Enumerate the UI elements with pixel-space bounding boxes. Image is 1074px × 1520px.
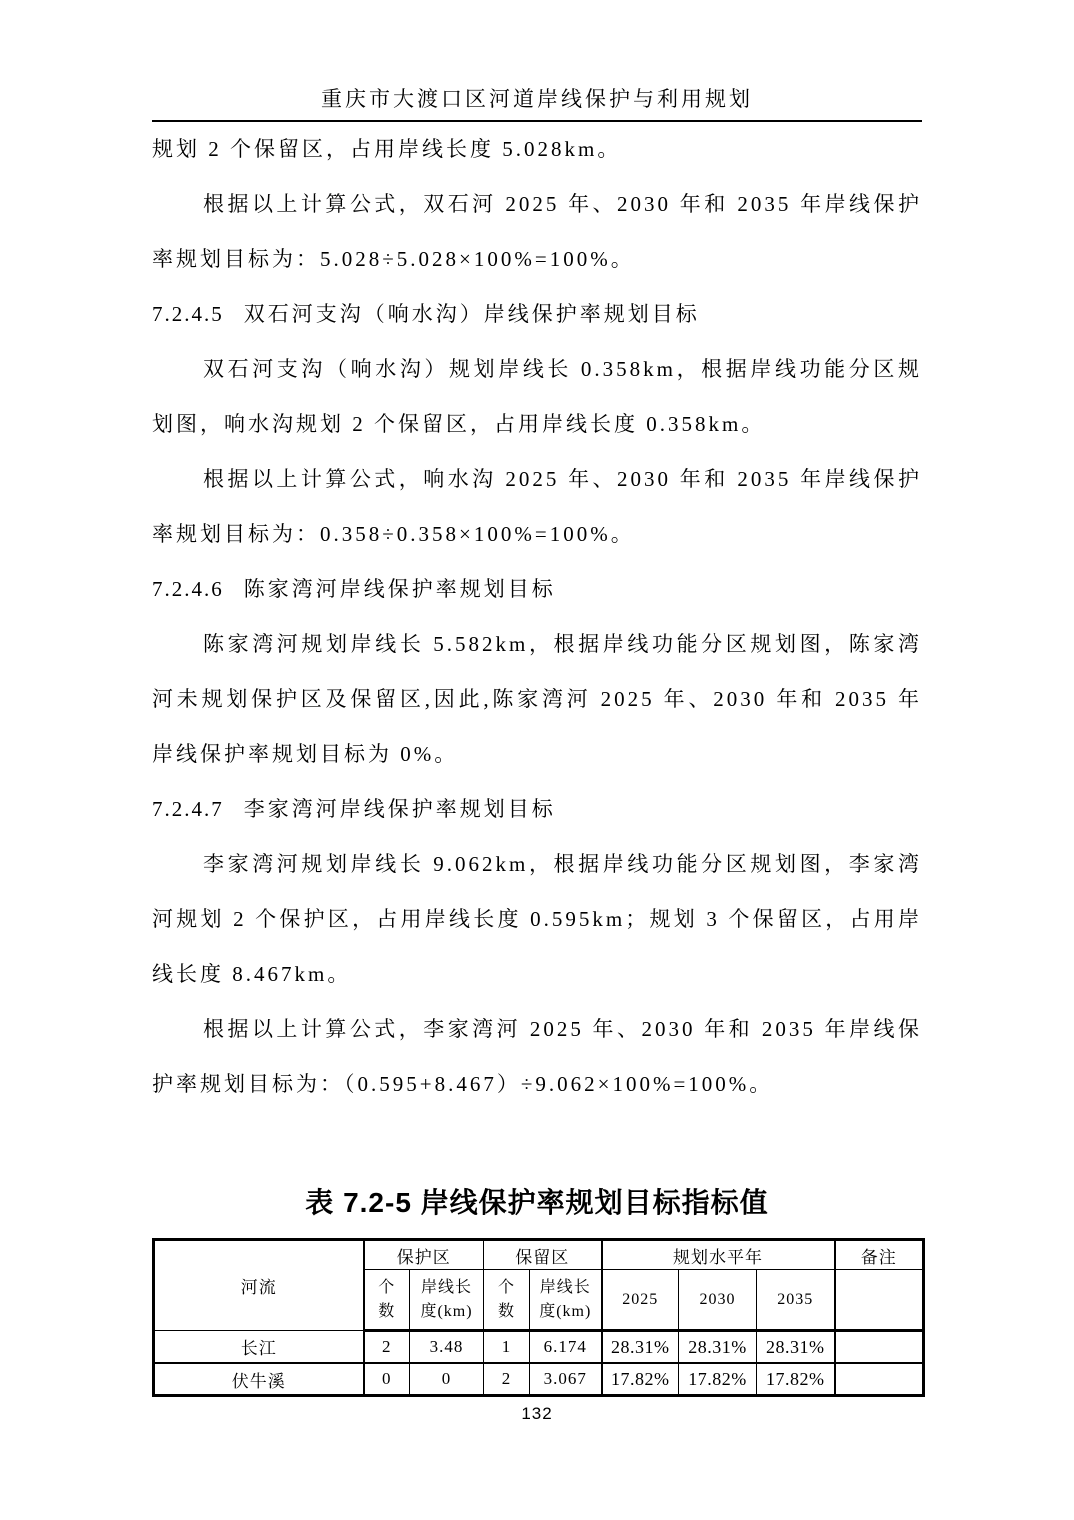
col-header-river: 河流	[154, 1240, 364, 1331]
river-name: 伏牛溪	[154, 1363, 364, 1396]
reserve-count: 1	[484, 1331, 530, 1364]
paragraph: 陈家湾河规划岸线长 5.582km，根据岸线功能分区规划图，陈家湾河未规划保护区…	[152, 617, 922, 782]
section-title: 陈家湾河岸线保护率规划目标	[244, 577, 556, 601]
count-label: 个 数	[498, 1276, 515, 1324]
col-header-reserve-count: 个 数	[484, 1270, 530, 1331]
length-label: 岸线长 度(km)	[420, 1276, 472, 1324]
rate-2030: 28.31%	[679, 1331, 757, 1364]
rate-2035: 17.82%	[757, 1363, 835, 1396]
section-title: 李家湾河岸线保护率规划目标	[244, 797, 556, 821]
remark-cell	[835, 1363, 924, 1396]
paragraph: 规划 2 个保留区，占用岸线长度 5.028km。	[152, 122, 922, 177]
col-header-protection-count: 个 数	[364, 1270, 410, 1331]
table-section: 表 7.2-5 岸线保护率规划目标指标值 河流 保护区 保留区 规划水平年 备注	[152, 1180, 922, 1424]
col-group-protection-zone: 保护区	[364, 1240, 484, 1270]
col-header-year-2035: 2035	[757, 1270, 835, 1331]
section-number: 7.2.4.5	[152, 302, 224, 326]
river-name: 长江	[154, 1331, 364, 1364]
length-label: 岸线长 度(km)	[539, 1276, 591, 1324]
section-number: 7.2.4.6	[152, 577, 224, 601]
page-number: 132	[152, 1404, 922, 1424]
rate-2025: 28.31%	[602, 1331, 679, 1364]
col-group-reserve-zone: 保留区	[484, 1240, 602, 1270]
section-number: 7.2.4.7	[152, 797, 224, 821]
reserve-length: 3.067	[530, 1363, 602, 1396]
document-title: 重庆市大渡口区河道岸线保护与利用规划	[152, 84, 922, 114]
remark-cell	[835, 1331, 924, 1364]
paragraph: 双石河支沟（响水沟）规划岸线长 0.358km，根据岸线功能分区规划图，响水沟规…	[152, 342, 922, 452]
table-title: 表 7.2-5 岸线保护率规划目标指标值	[152, 1180, 922, 1225]
reserve-count: 2	[484, 1363, 530, 1396]
col-group-planning-years: 规划水平年	[602, 1240, 835, 1270]
col-header-year-2025: 2025	[602, 1270, 679, 1331]
col-header-reserve-length: 岸线长 度(km)	[530, 1270, 602, 1331]
reserve-length: 6.174	[530, 1331, 602, 1364]
body-text: 规划 2 个保留区，占用岸线长度 5.028km。 根据以上计算公式，双石河 2…	[152, 122, 922, 1112]
paragraph: 根据以上计算公式，双石河 2025 年、2030 年和 2035 年岸线保护率规…	[152, 177, 922, 287]
col-header-protection-length: 岸线长 度(km)	[410, 1270, 484, 1331]
count-label: 个 数	[378, 1276, 395, 1324]
protection-count: 2	[364, 1331, 410, 1364]
page-header: 重庆市大渡口区河道岸线保护与利用规划	[152, 0, 922, 122]
section-heading-7245: 7.2.4.5双石河支沟（响水沟）岸线保护率规划目标	[152, 287, 922, 342]
paragraph: 李家湾河规划岸线长 9.062km，根据岸线功能分区规划图，李家湾河规划 2 个…	[152, 837, 922, 1002]
rate-2025: 17.82%	[602, 1363, 679, 1396]
shoreline-protection-rate-table: 河流 保护区 保留区 规划水平年 备注 个 数 岸线长 度(km) 个 数 岸线…	[152, 1238, 925, 1397]
rate-2030: 17.82%	[679, 1363, 757, 1396]
table-row-funiuxi: 伏牛溪 0 0 2 3.067 17.82% 17.82% 17.82%	[154, 1363, 924, 1396]
protection-length: 0	[410, 1363, 484, 1396]
table-row-changjiang: 长江 2 3.48 1 6.174 28.31% 28.31% 28.31%	[154, 1331, 924, 1364]
paragraph: 根据以上计算公式，响水沟 2025 年、2030 年和 2035 年岸线保护率规…	[152, 452, 922, 562]
section-heading-7246: 7.2.4.6陈家湾河岸线保护率规划目标	[152, 562, 922, 617]
protection-count: 0	[364, 1363, 410, 1396]
document-page: 重庆市大渡口区河道岸线保护与利用规划 规划 2 个保留区，占用岸线长度 5.02…	[0, 0, 1074, 1520]
section-heading-7247: 7.2.4.7李家湾河岸线保护率规划目标	[152, 782, 922, 837]
section-title: 双石河支沟（响水沟）岸线保护率规划目标	[244, 302, 700, 326]
rate-2035: 28.31%	[757, 1331, 835, 1364]
paragraph: 根据以上计算公式，李家湾河 2025 年、2030 年和 2035 年岸线保护率…	[152, 1002, 922, 1112]
col-header-year-2030: 2030	[679, 1270, 757, 1331]
protection-length: 3.48	[410, 1331, 484, 1364]
col-header-remark: 备注	[835, 1240, 924, 1270]
col-header-remark-empty	[835, 1270, 924, 1331]
